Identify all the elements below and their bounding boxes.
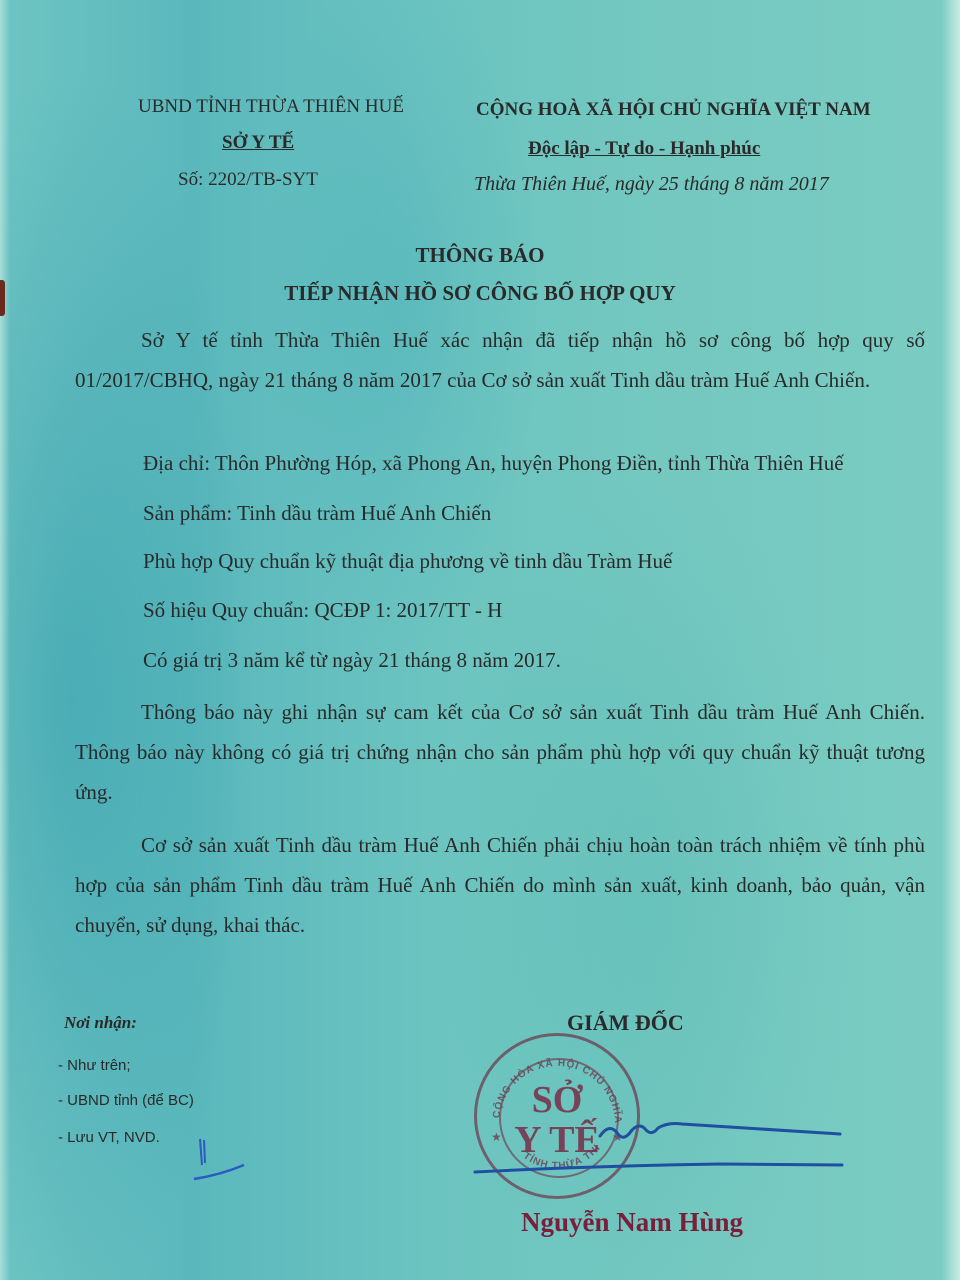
handwritten-signature: [470, 1110, 890, 1180]
paper-edge-right: [942, 0, 960, 1280]
initial-mark-icon: [180, 1135, 250, 1185]
notice-subtitle: TIẾP NHẬN HỒ SƠ CÔNG BỐ HỢP QUY: [0, 281, 960, 306]
notice-title: THÔNG BÁO: [0, 243, 960, 268]
validity-line: Có giá trị 3 năm kể từ ngày 21 tháng 8 n…: [143, 640, 561, 680]
department-name: SỞ Y TẾ: [222, 132, 294, 154]
recipient-item: - Như trên;: [58, 1057, 131, 1074]
recipient-item: - Lưu VT, NVD.: [58, 1129, 160, 1146]
issuing-authority: UBND TỈNH THỪA THIÊN HUẾ: [138, 96, 404, 118]
address-line: Địa chỉ: Thôn Phường Hóp, xã Phong An, h…: [143, 443, 844, 483]
responsibility-paragraph: Cơ sở sản xuất Tinh dầu tràm Huế Anh Chi…: [75, 825, 925, 945]
product-line: Sản phẩm: Tinh dầu tràm Huế Anh Chiến: [143, 493, 491, 533]
document-number: Số: 2202/TB-SYT: [178, 169, 318, 191]
nation-heading: CỘNG HOÀ XÃ HỘI CHỦ NGHĨA VIỆT NAM: [476, 99, 871, 121]
note-paragraph: Thông báo này ghi nhận sự cam kết của Cơ…: [75, 692, 925, 812]
recipient-item: - UBND tỉnh (để BC): [58, 1092, 194, 1109]
intro-paragraph: Sở Y tế tỉnh Thừa Thiên Huế xác nhận đã …: [75, 320, 925, 400]
recipients-label: Nơi nhận:: [64, 1013, 137, 1033]
signatory-title: GIÁM ĐỐC: [567, 1010, 684, 1036]
place-and-date: Thừa Thiên Huế, ngày 25 tháng 8 năm 2017: [474, 173, 829, 196]
paper-edge-left: [0, 0, 10, 1280]
national-motto: Độc lập - Tự do - Hạnh phúc: [528, 138, 760, 160]
conformity-line: Phù hợp Quy chuẩn kỹ thuật địa phương về…: [143, 541, 672, 581]
signatory-name: Nguyễn Nam Hùng: [521, 1207, 743, 1238]
standard-code-line: Số hiệu Quy chuẩn: QCĐP 1: 2017/TT - H: [143, 590, 502, 630]
